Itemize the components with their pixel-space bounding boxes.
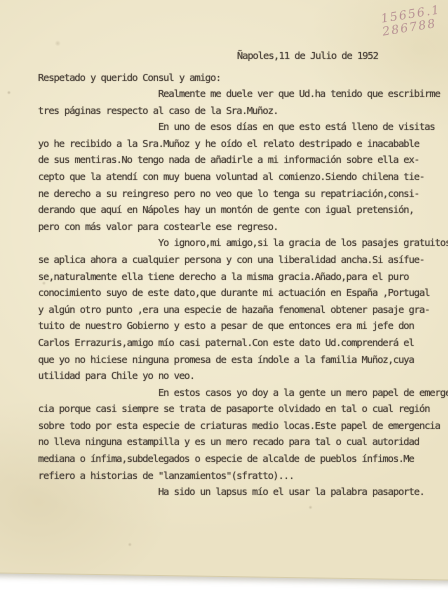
scan-stage: 15656.1 286788 Ñapoles,11 de Julio de 19… (0, 0, 448, 600)
letter-salutation: Respetado y querido Consul y amigo: (38, 71, 221, 88)
letter-date: Ñapoles,11 de Julio de 1952 (237, 49, 378, 66)
letter-body: Realmente me duele ver que Ud.ha tenido … (38, 87, 448, 502)
